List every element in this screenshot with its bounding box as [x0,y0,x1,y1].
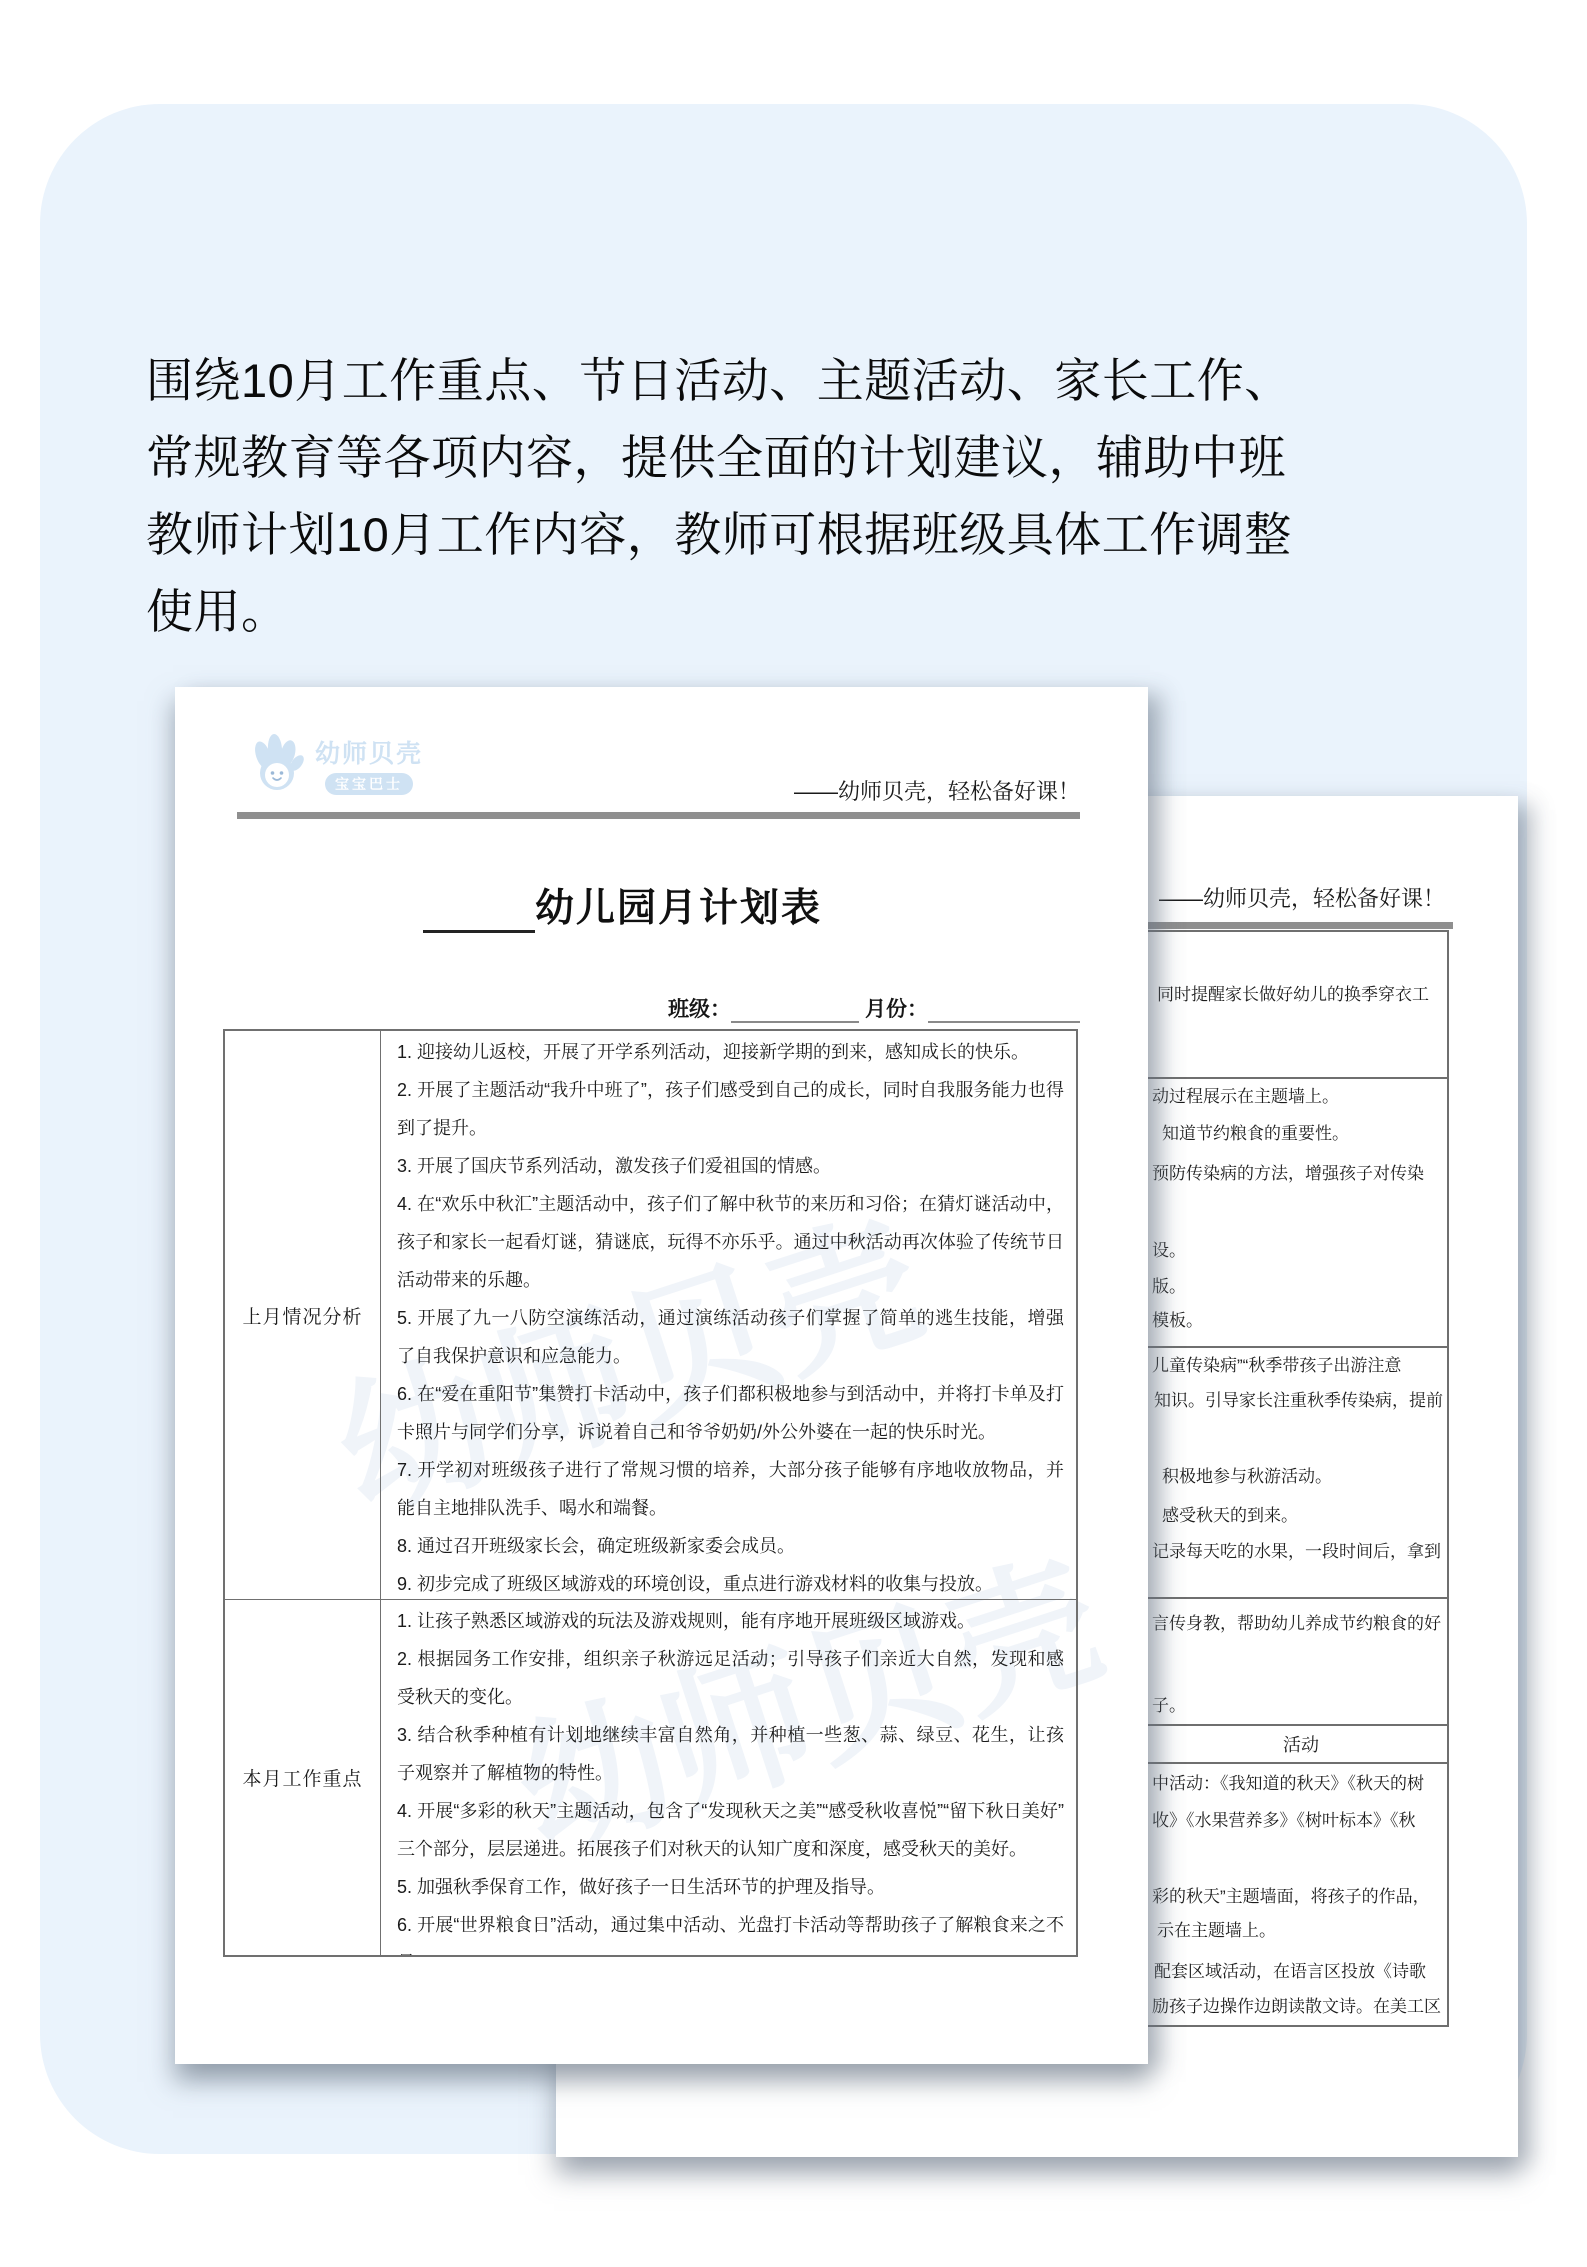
intro-line: 围绕10月工作重点、节日活动、主题活动、家长工作、 [146,342,1406,419]
brand-tagline: ——幼师贝壳，轻松备好课！ [1159,882,1445,913]
page2-text-fragment: 动过程展示在主题墙上。 [1152,1084,1339,1110]
month-blank-field [928,995,1080,1023]
class-label: 班级： [668,993,731,1023]
page2-text-fragment: 模板。 [1152,1308,1203,1334]
page2-text-fragment: 儿童传染病”“秋季带孩子出游注意 [1152,1353,1401,1379]
table-item: 5. 加强秋季保育工作，做好孩子一日生活环节的护理及指导。 [397,1868,1064,1906]
document-title-row: 幼儿园月计划表 [423,885,822,933]
header-rule [237,812,1080,819]
page2-text-fragment: 知道节约粮食的重要性。 [1162,1121,1349,1147]
table-row-last-month: 上月情况分析 1. 迎接幼儿返校，开展了开学系列活动，迎接新学期的到来，感知成长… [225,1031,1076,1599]
table-item: 4. 开展“多彩的秋天”主题活动，包含了“发现秋天之美”“感受秋收喜悦”“留下秋… [397,1792,1064,1868]
content-card: 围绕10月工作重点、节日活动、主题活动、家长工作、 常规教育等各项内容，提供全面… [40,104,1527,2154]
class-month-row: 班级： 月份： [668,993,1080,1023]
plan-table: 上月情况分析 1. 迎接幼儿返校，开展了开学系列活动，迎接新学期的到来，感知成长… [223,1029,1078,1957]
page2-text-fragment: 版。 [1152,1274,1186,1300]
screenshot-canvas: { "intro": { "lines": [ "围绕10月工作重点、节日活动、… [0,0,1587,2267]
table-item: 8. 通过召开班级家长会，确定班级新家委会成员。 [397,1527,1064,1565]
month-label: 月份： [865,993,928,1023]
page2-text-fragment: 积极地参与秋游活动。 [1162,1464,1332,1490]
page-title: 幼儿园月计划表 [535,885,822,933]
page2-text-fragment: 子。 [1152,1693,1186,1719]
page2-text-fragment: 言传身教，帮助幼儿养成节约粮食的好 [1152,1611,1441,1637]
table-item: 3. 结合秋季种植有计划地继续丰富自然角，并种植一些葱、蒜、绿豆、花生，让孩子观… [397,1716,1064,1792]
intro-line: 使用。 [146,573,1406,650]
table-item: 2. 开展了主题活动“我升中班了”，孩子们感受到自己的成长，同时自我服务能力也得… [397,1071,1064,1147]
page2-activity-header: 活动 [1283,1732,1319,1758]
intro-text: 围绕10月工作重点、节日活动、主题活动、家长工作、 常规教育等各项内容，提供全面… [146,342,1406,650]
table-item: 4. 在“欢乐中秋汇”主题活动中，孩子们了解中秋节的来历和习俗；在猜灯谜活动中，… [397,1185,1064,1299]
intro-line: 常规教育等各项内容，提供全面的计划建议，辅助中班 [146,419,1406,496]
brand-logo: 幼师贝壳 宝宝巴士 [251,733,423,796]
shell-hand-icon [251,733,307,796]
page2-text-fragment: 励孩子边操作边朗读散文诗。在美工区 [1152,1994,1441,2020]
table-item: 1. 让孩子熟悉区域游戏的玩法及游戏规则，能有序地开展班级区域游戏。 [397,1602,1064,1640]
title-blank-underline [423,888,535,933]
table-item: 7. 开学初对班级孩子进行了常规习惯的培养，大部分孩子能够有序地收放物品，并能自… [397,1451,1064,1527]
page2-text-fragment: 设。 [1152,1238,1186,1264]
table-item: 2. 根据园务工作安排，组织亲子秋游远足活动；引导孩子们亲近大自然，发现和感受秋… [397,1640,1064,1716]
page2-text-fragment: 预防传染病的方法，增强孩子对传染 [1152,1161,1424,1187]
document-page-1: 幼师贝壳 幼师贝壳 幼师 [175,687,1148,2064]
page2-text-fragment: 感受秋天的到来。 [1162,1503,1298,1529]
brand-logo-text: 幼师贝壳 宝宝巴士 [315,734,423,795]
table-right-border [1447,930,1449,2026]
row-label: 本月工作重点 [225,1600,381,1955]
table-item: 6. 在“爱在重阳节”集赞打卡活动中，孩子们都积极地参与到活动中，并将打卡单及打… [397,1375,1064,1451]
table-item: 9. 初步完成了班级区域游戏的环境创设，重点进行游戏材料的收集与投放。 [397,1565,1064,1599]
row-content: 1. 让孩子熟悉区域游戏的玩法及游戏规则，能有序地开展班级区域游戏。 2. 根据… [381,1600,1076,1955]
row-content: 1. 迎接幼儿返校，开展了开学系列活动，迎接新学期的到来，感知成长的快乐。 2.… [381,1031,1076,1599]
table-item: 1. 迎接幼儿返校，开展了开学系列活动，迎接新学期的到来，感知成长的快乐。 [397,1033,1064,1071]
table-item: 3. 开展了国庆节系列活动，激发孩子们爱祖国的情感。 [397,1147,1064,1185]
page2-text-fragment: 示在主题墙上。 [1157,1918,1276,1944]
page2-text-fragment: 彩的秋天”主题墙面，将孩子的作品， [1152,1884,1430,1910]
table-item: 6. 开展“世界粮食日”活动，通过集中活动、光盘打卡活动等帮助孩子了解粮食来之不… [397,1906,1064,1955]
page2-text-fragment: 记录每天吃的水果，一段时间后，拿到 [1152,1539,1441,1565]
page2-text-fragment: 配套区域活动，在语言区投放《诗歌 [1154,1959,1426,1985]
brand-logo-title: 幼师贝壳 [315,734,423,770]
page2-text-fragment: 同时提醒家长做好幼儿的换季穿衣工 [1157,982,1429,1008]
page2-text-fragment: 收》《水果营养多》《树叶标本》《秋 [1152,1808,1416,1834]
page2-text-fragment: 中活动：《我知道的秋天》《秋天的树 [1152,1771,1424,1797]
brand-tagline: ——幼师贝壳，轻松备好课！ [794,775,1080,806]
row-label: 上月情况分析 [225,1031,381,1599]
brand-logo-subtitle: 宝宝巴士 [325,773,413,795]
class-blank-field [731,995,859,1023]
table-row-this-month: 本月工作重点 1. 让孩子熟悉区域游戏的玩法及游戏规则，能有序地开展班级区域游戏… [225,1599,1076,1955]
page2-text-fragment: 知识。引导家长注重秋季传染病，提前 [1154,1388,1443,1414]
table-item: 5. 开展了九一八防空演练活动，通过演练活动孩子们掌握了简单的逃生技能，增强了自… [397,1299,1064,1375]
intro-line: 教师计划10月工作内容，教师可根据班级具体工作调整 [146,496,1406,573]
